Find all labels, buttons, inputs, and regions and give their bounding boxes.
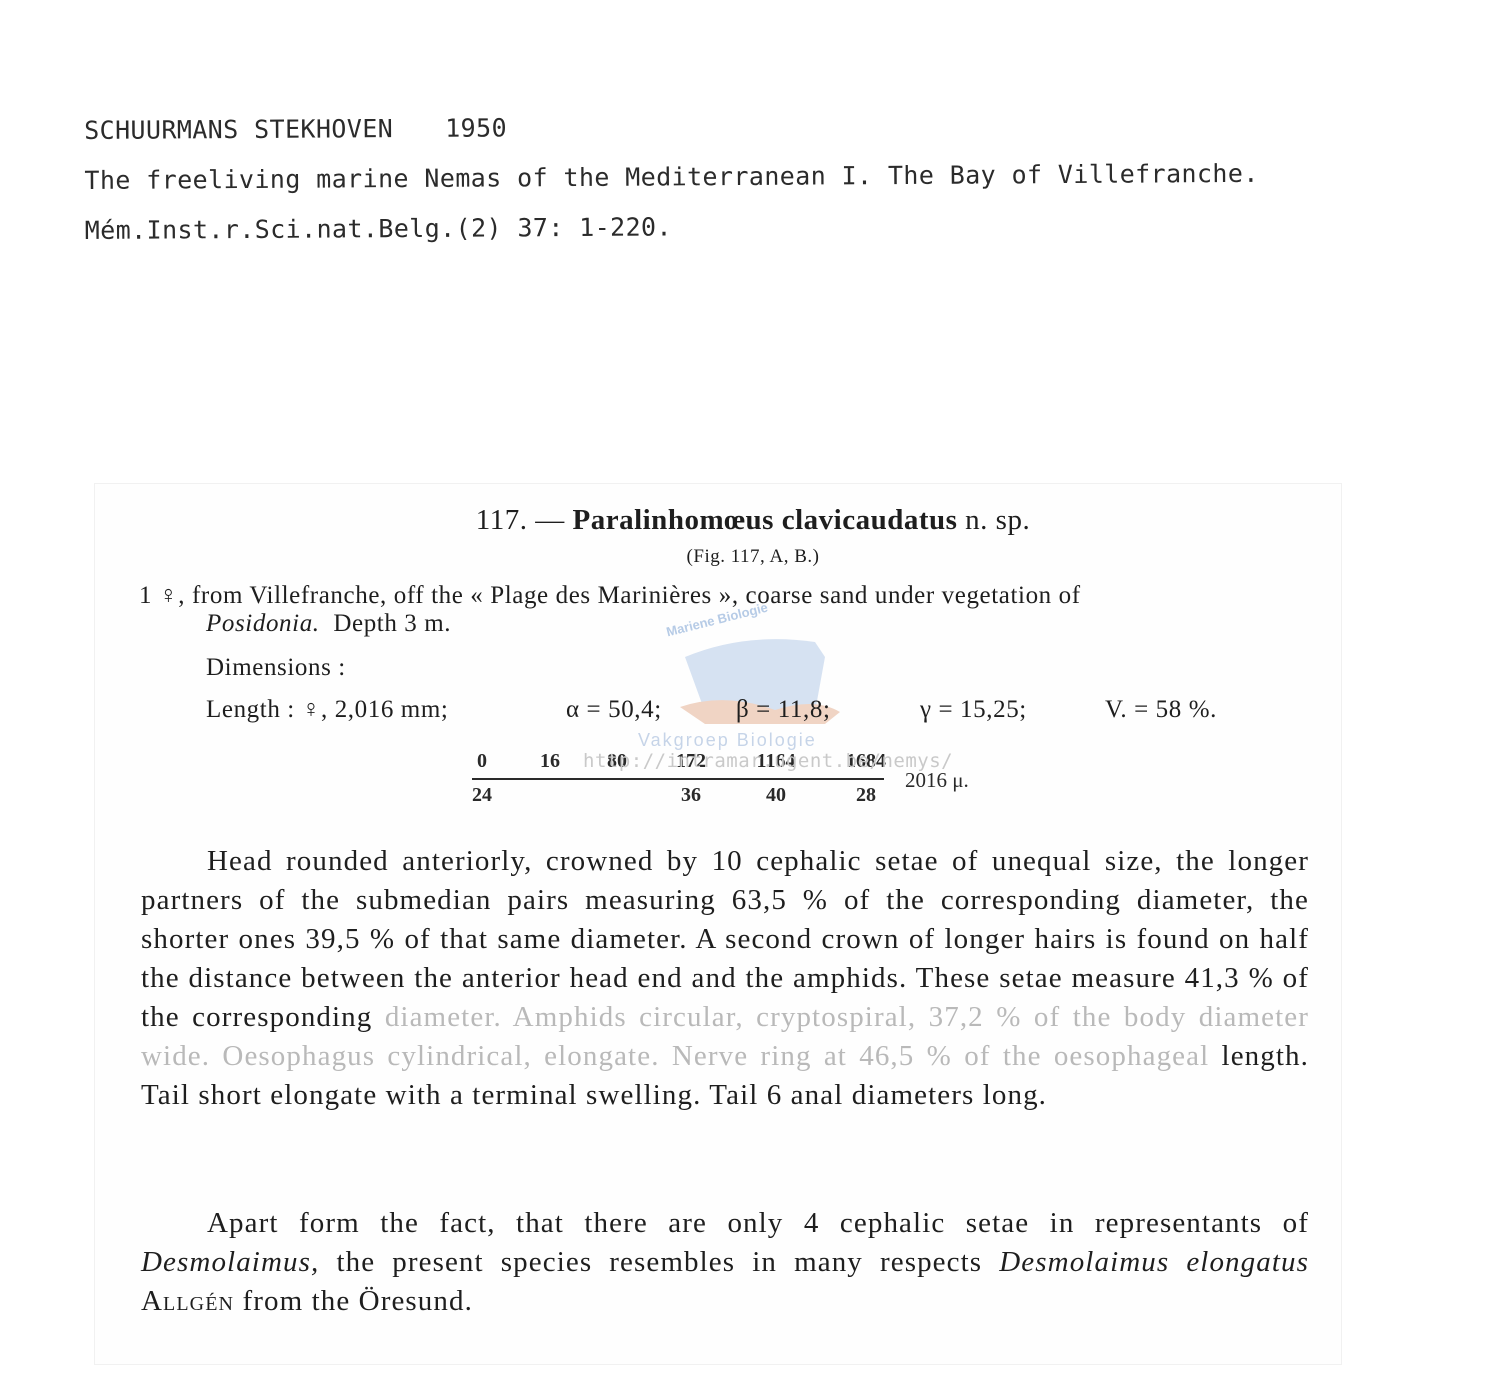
de-man-formula: 2016 μ. 016801721164168424364028 [465, 746, 895, 810]
locality-line: 1 ♀, from Villefranche, off the « Plage … [139, 582, 1081, 609]
genus-name: Desmolaimus, [141, 1246, 319, 1278]
species-number: 117. — [476, 504, 565, 536]
description-paragraph: Head rounded anteriorly, crowned by 10 c… [141, 842, 1309, 1115]
formula-top-value: 0 [477, 750, 487, 773]
comparison-text-end: from the Öresund. [242, 1285, 473, 1317]
figure-reference: (Fig. 117, A, B.) [95, 546, 1341, 568]
formula-top-value: 16 [540, 750, 560, 773]
beta-value: β = 11,8; [736, 696, 920, 724]
formula-bottom-value: 36 [681, 784, 701, 807]
locality-depth: Depth 3 m. [333, 610, 451, 637]
citation: Mém.Inst.r.Sci.nat.Belg.(2) 37: 1-220. [85, 199, 1260, 256]
year: 1950 [445, 113, 507, 142]
alpha-value: α = 50,4; [566, 696, 736, 724]
comparison-paragraph: Apart form the fact, that there are only… [141, 1204, 1309, 1321]
formula-top-value: 80 [607, 750, 627, 773]
comparison-text: Apart form the fact, that there are only… [207, 1207, 1309, 1239]
species-heading: 117. — Paralinhomœus clavicaudatus n. sp… [95, 504, 1341, 537]
formula-bottom-value: 28 [856, 784, 876, 807]
formula-bottom-value: 40 [766, 784, 786, 807]
length-value: Length : ♀, 2,016 mm; [206, 696, 566, 724]
comparison-text-mid: the present species resembles in many re… [336, 1246, 982, 1278]
species-name: Paralinhomœus clavicaudatus [572, 504, 957, 536]
vulva-value: V. = 58 %. [1105, 696, 1217, 724]
index-card-header: SCHUURMANS STEKHOVEN1950 The freeliving … [84, 99, 1259, 256]
locality-genus: Posidonia. [206, 610, 320, 637]
species-status: n. sp. [965, 504, 1030, 536]
page-clipping: Mariene Biologie Vakgroep Biologie 117. … [95, 484, 1341, 1364]
formula-bottom-value: 24 [472, 784, 492, 807]
dimensions-label: Dimensions : [206, 654, 346, 682]
formula-total: 2016 μ. [905, 768, 969, 793]
gamma-value: γ = 15,25; [920, 696, 1105, 724]
formula-top-value: 1164 [757, 750, 796, 773]
compared-species: Desmolaimus elongatus [999, 1246, 1309, 1278]
formula-top-value: 172 [676, 750, 706, 773]
publication-title: The freeliving marine Nemas of the Medit… [84, 149, 1259, 206]
dimensions-row: Length : ♀, 2,016 mm;α = 50,4;β = 11,8;γ… [206, 696, 1217, 724]
locality-text: 1 ♀, from Villefranche, off the « Plage … [139, 582, 1309, 638]
formula-top-value: 1684 [846, 750, 886, 773]
formula-bar [472, 778, 884, 780]
author-year-line: SCHUURMANS STEKHOVEN1950 [84, 99, 1259, 156]
author: SCHUURMANS STEKHOVEN [84, 114, 393, 145]
species-authority: Allgén [141, 1285, 234, 1317]
